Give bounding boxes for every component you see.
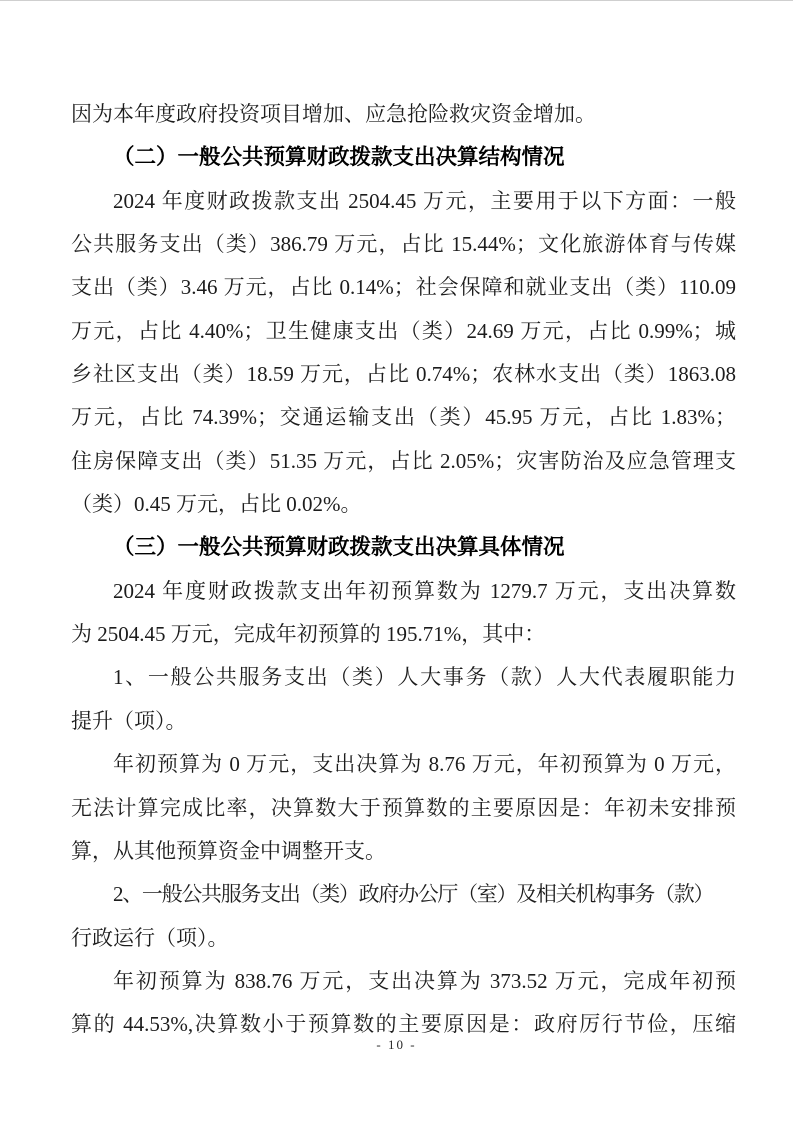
text-line: 年初预算为 0 万元，支出决算为 8.76 万元，年初预算为 0 万元，	[71, 743, 736, 786]
text-line: 年初预算为 838.76 万元，支出决算为 373.52 万元，完成年初预	[71, 960, 736, 1003]
section-heading-ii: （二）一般公共预算财政拨款支出决算结构情况	[71, 136, 736, 179]
text-line: 万元，占比 74.39%；交通运输支出（类）45.95 万元，占比 1.83%；	[71, 396, 736, 439]
text-line: 住房保障支出（类）51.35 万元，占比 2.05%；灾害防治及应急管理支	[71, 440, 736, 483]
text-line: 2024 年度财政拨款支出 2504.45 万元，主要用于以下方面：一般	[71, 180, 736, 223]
text-line: 因为本年度政府投资项目增加、应急抢险救灾资金增加。	[71, 93, 736, 136]
text-line: 万元，占比 4.40%；卫生健康支出（类）24.69 万元，占比 0.99%；城	[71, 310, 736, 353]
text-line: 公共服务支出（类）386.79 万元，占比 15.44%；文化旅游体育与传媒	[71, 223, 736, 266]
text-line: 2、一般公共服务支出（类）政府办公厅（室）及相关机构事务（款）	[71, 873, 736, 916]
document-body: 因为本年度政府投资项目增加、应急抢险救灾资金增加。 （二）一般公共预算财政拨款支…	[71, 93, 736, 1047]
text-line: 无法计算完成比率，决算数大于预算数的主要原因是：年初未安排预	[71, 787, 736, 830]
section-heading-iii: （三）一般公共预算财政拨款支出决算具体情况	[71, 526, 736, 569]
text-line: 行政运行（项）。	[71, 917, 736, 960]
text-line: 2024 年度财政拨款支出年初预算数为 1279.7 万元，支出决算数	[71, 570, 736, 613]
text-line: 算，从其他预算资金中调整开支。	[71, 830, 736, 873]
document-page: 因为本年度政府投资项目增加、应急抢险救灾资金增加。 （二）一般公共预算财政拨款支…	[0, 0, 793, 1122]
text-line: （类）0.45 万元，占比 0.02%。	[71, 483, 736, 526]
text-line: 提升（项）。	[71, 700, 736, 743]
text-line: 为 2504.45 万元，完成年初预算的 195.71%，其中：	[71, 613, 736, 656]
text-line: 支出（类）3.46 万元，占比 0.14%；社会保障和就业支出（类）110.09	[71, 266, 736, 309]
text-line: 乡社区支出（类）18.59 万元，占比 0.74%；农林水支出（类）1863.0…	[71, 353, 736, 396]
text-line: 1、一般公共服务支出（类）人大事务（款）人大代表履职能力	[71, 656, 736, 699]
page-number: - 10 -	[0, 1037, 793, 1053]
